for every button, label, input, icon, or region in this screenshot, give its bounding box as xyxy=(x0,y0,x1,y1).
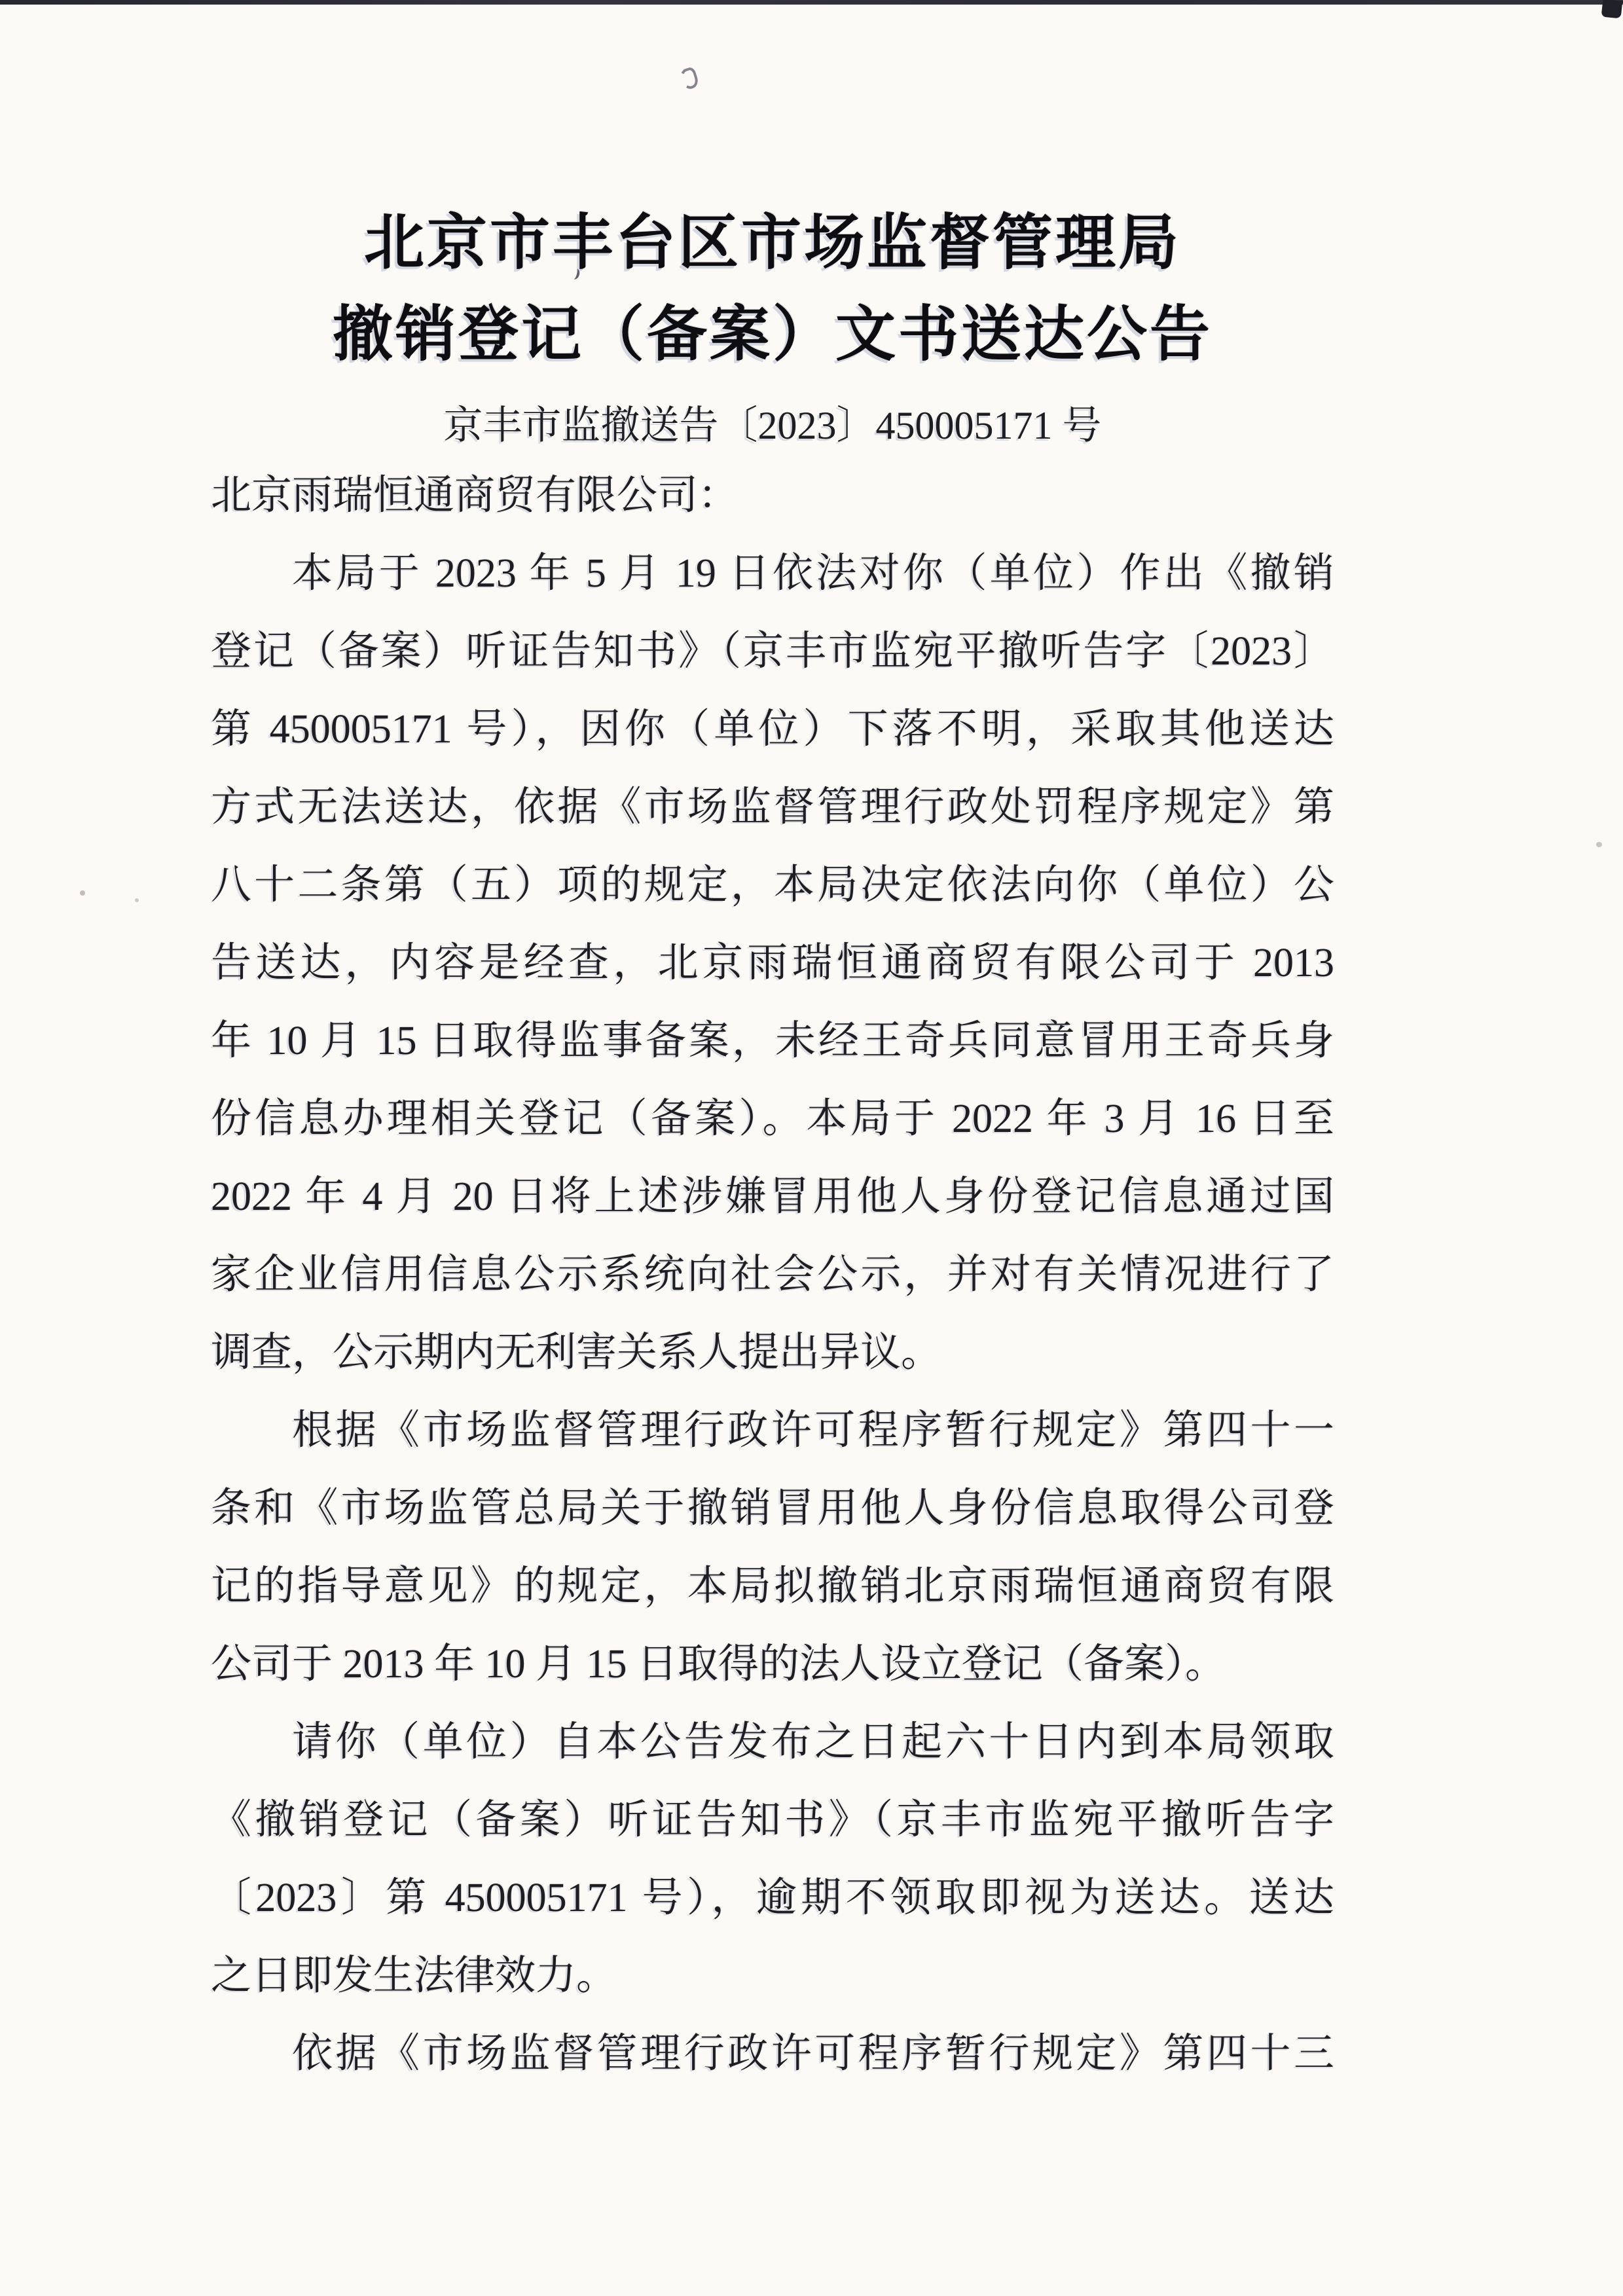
body-line: 之日即发生法律效力。 xyxy=(211,1937,1334,2015)
addressee: 北京雨瑞恒通商贸有限公司： xyxy=(211,457,1334,535)
body-line: 登记（备案）听证告知书》（京丰市监宛平撤听告字〔2023〕 xyxy=(211,613,1334,691)
body-line: 〔2023〕第 450005171 号），逾期不领取即视为送达。送达 xyxy=(211,1859,1334,1937)
body-line: 请你（单位）自本公告发布之日起六十日内到本局领取 xyxy=(211,1704,1334,1781)
ink-speck xyxy=(1596,842,1602,847)
body-line: 记的指导意见》的规定，本局拟撤销北京雨瑞恒通商贸有限 xyxy=(211,1548,1334,1626)
body-line: 份信息办理相关登记（备案）。本局于 2022 年 3 月 16 日至 xyxy=(211,1080,1334,1158)
scanned-page: 北京市丰台区市场监督管理局 撤销登记（备案）文书送达公告 京丰市监撤送告〔202… xyxy=(0,0,1623,2296)
body-line: 年 10 月 15 日取得监事备案，未经王奇兵同意冒用王奇兵身 xyxy=(211,1002,1334,1080)
document-title-line1: 北京市丰台区市场监督管理局 xyxy=(211,197,1334,289)
scan-top-edge-artifact xyxy=(0,0,1623,5)
body-line: 第 450005171 号），因你（单位）下落不明，采取其他送达 xyxy=(211,691,1334,769)
body-line: 条和《市场监管总局关于撤销冒用他人身份信息取得公司登 xyxy=(211,1470,1334,1548)
document-number: 京丰市监撤送告〔2023〕450005171 号 xyxy=(211,398,1334,453)
body-line: 根据《市场监督管理行政许可程序暂行规定》第四十一 xyxy=(211,1392,1334,1470)
ink-speck xyxy=(678,66,701,91)
document-body: 北京雨瑞恒通商贸有限公司： 本局于 2023 年 5 月 19 日依法对你（单位… xyxy=(211,457,1334,2093)
body-line: 依据《市场监督管理行政许可程序暂行规定》第四十三 xyxy=(211,2015,1334,2093)
body-line: 家企业信用信息公示系统向社会公示，并对有关情况进行了 xyxy=(211,1236,1334,1314)
body-line: 方式无法送达，依据《市场监督管理行政处罚程序规定》第 xyxy=(211,769,1334,847)
body-line: 公司于 2013 年 10 月 15 日取得的法人设立登记（备案）。 xyxy=(211,1626,1334,1704)
body-line: 2022 年 4 月 20 日将上述涉嫌冒用他人身份登记信息通过国 xyxy=(211,1158,1334,1236)
ink-speck xyxy=(135,898,139,902)
document-title-line2: 撤销登记（备案）文书送达公告 xyxy=(211,289,1334,380)
body-line: 本局于 2023 年 5 月 19 日依法对你（单位）作出《撤销 xyxy=(211,535,1334,613)
body-line: 八十二条第（五）项的规定，本局决定依法向你（单位）公 xyxy=(211,847,1334,924)
body-line: 告送达，内容是经查，北京雨瑞恒通商贸有限公司于 2013 xyxy=(211,924,1334,1002)
scan-corner-artifact xyxy=(1601,0,1623,18)
ink-speck xyxy=(80,890,85,896)
document-title: 北京市丰台区市场监督管理局 撤销登记（备案）文书送达公告 xyxy=(211,197,1334,380)
body-line: 调查，公示期内无利害关系人提出异议。 xyxy=(211,1314,1334,1392)
body-line: 《撤销登记（备案）听证告知书》（京丰市监宛平撤听告字 xyxy=(211,1781,1334,1859)
body-paragraphs: 本局于 2023 年 5 月 19 日依法对你（单位）作出《撤销登记（备案）听证… xyxy=(211,535,1334,2093)
